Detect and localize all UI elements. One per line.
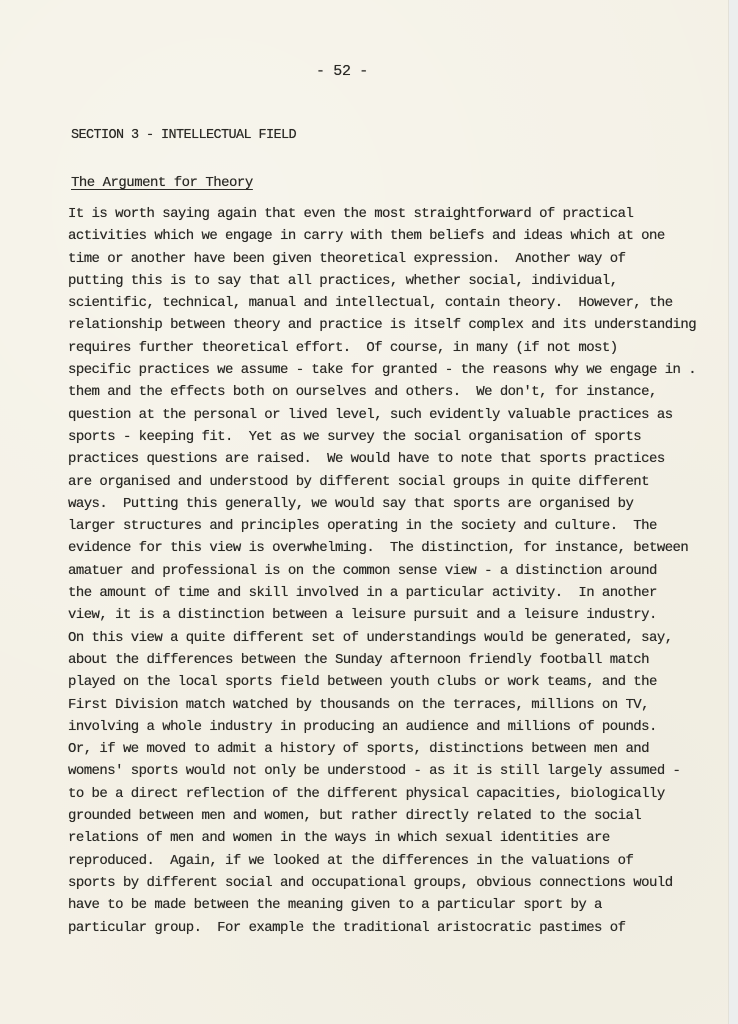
- body-line: activities which we engage in carry with…: [68, 225, 688, 247]
- section-heading: SECTION 3 - INTELLECTUAL FIELD: [71, 128, 296, 143]
- body-line: time or another have been given theoreti…: [68, 248, 688, 270]
- body-line: scientific, technical, manual and intell…: [68, 292, 688, 314]
- body-line: sports by different social and occupatio…: [68, 872, 688, 894]
- body-line: On this view a quite different set of un…: [68, 627, 688, 649]
- body-line: particular group. For example the tradit…: [68, 917, 688, 939]
- body-text: It is worth saying again that even the m…: [68, 203, 688, 939]
- body-line: have to be made between the meaning give…: [68, 894, 688, 916]
- body-line: evidence for this view is overwhelming. …: [68, 537, 688, 559]
- body-line: relations of men and women in the ways i…: [68, 827, 688, 849]
- body-line: the amount of time and skill involved in…: [68, 582, 688, 604]
- body-line: involving a whole industry in producing …: [68, 716, 688, 738]
- body-line: requires further theoretical effort. Of …: [68, 337, 688, 359]
- body-line: grounded between men and women, but rath…: [68, 805, 688, 827]
- body-line: played on the local sports field between…: [68, 671, 688, 693]
- body-line: Or, if we moved to admit a history of sp…: [68, 738, 688, 760]
- page-edge: [728, 0, 738, 1024]
- page-number: - 52 -: [316, 63, 368, 80]
- body-line: view, it is a distinction between a leis…: [68, 604, 688, 626]
- body-line: them and the effects both on ourselves a…: [68, 381, 688, 403]
- body-line: larger structures and principles operati…: [68, 515, 688, 537]
- body-line: relationship between theory and practice…: [68, 314, 688, 336]
- document-page: - 52 - SECTION 3 - INTELLECTUAL FIELD Th…: [0, 0, 728, 1024]
- body-line: practices questions are raised. We would…: [68, 448, 688, 470]
- body-line: question at the personal or lived level,…: [68, 404, 688, 426]
- body-line: It is worth saying again that even the m…: [68, 203, 688, 225]
- body-line: putting this is to say that all practice…: [68, 270, 688, 292]
- body-line: reproduced. Again, if we looked at the d…: [68, 850, 688, 872]
- body-line: are organised and understood by differen…: [68, 471, 688, 493]
- subheading: The Argument for Theory: [71, 175, 253, 191]
- body-line: about the differences between the Sunday…: [68, 649, 688, 671]
- body-line: specific practices we assume - take for …: [68, 359, 688, 381]
- body-line: womens' sports would not only be underst…: [68, 760, 688, 782]
- body-line: sports - keeping fit. Yet as we survey t…: [68, 426, 688, 448]
- body-line: First Division match watched by thousand…: [68, 694, 688, 716]
- body-line: ways. Putting this generally, we would s…: [68, 493, 688, 515]
- body-line: to be a direct reflection of the differe…: [68, 783, 688, 805]
- body-line: amatuer and professional is on the commo…: [68, 560, 688, 582]
